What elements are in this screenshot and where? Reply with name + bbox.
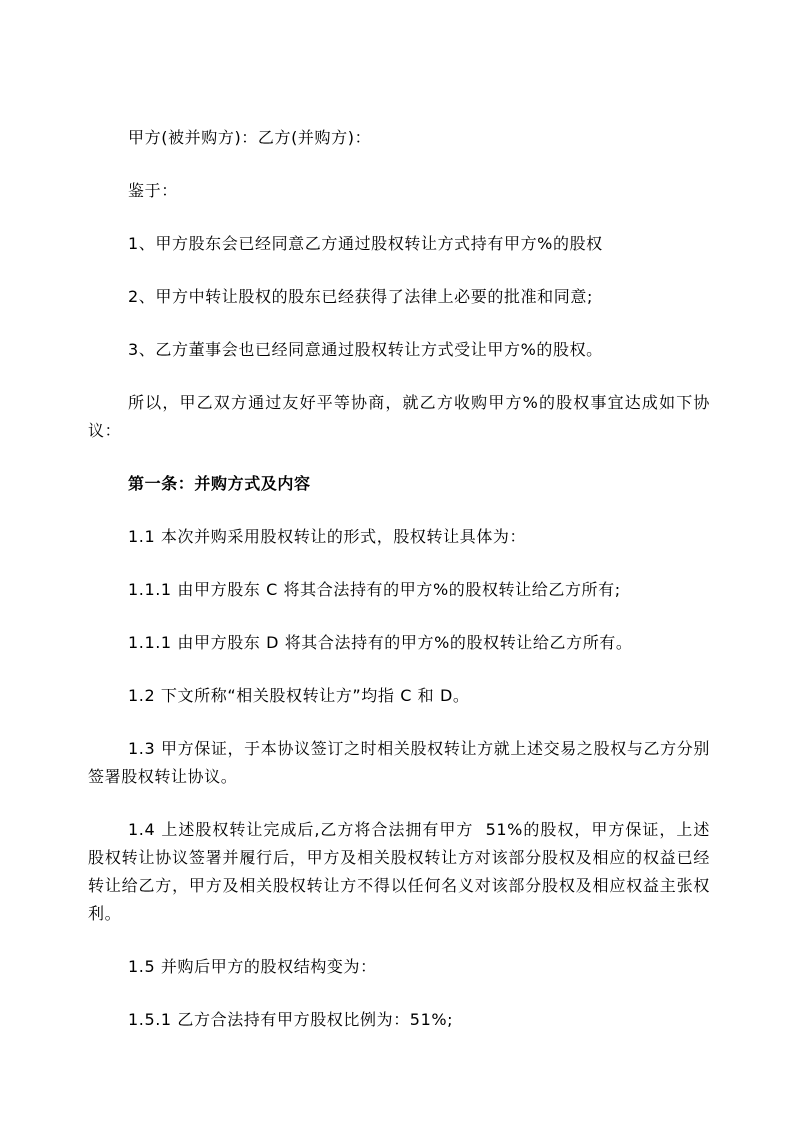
whereas-label: 鉴于： — [88, 177, 710, 205]
clause-1-2: 1.2 下文所称“相关股权转让方”均指 C 和 D。 — [88, 682, 710, 710]
document-page: 甲方(被并购方)：乙方(并购方)： 鉴于： 1、甲方股东会已经同意乙方通过股权转… — [0, 0, 793, 1122]
article-1-heading: 第一条：并购方式及内容 — [88, 470, 710, 498]
clause-1-1-1-shareholder-c: 1.1.1 由甲方股东 C 将其合法持有的甲方%的股权转让给乙方所有; — [88, 576, 710, 604]
clause-1-3: 1.3 甲方保证，于本协议签订之时相关股权转让方就上述交易之股权与乙方分别签署股… — [88, 735, 710, 791]
clause-1-4: 1.4 上述股权转让完成后,乙方将合法拥有甲方 51%的股权，甲方保证，上述股权… — [88, 816, 710, 928]
clause-1-5-1: 1.5.1 乙方合法持有甲方股权比例为：51%; — [88, 1006, 710, 1034]
recital-1: 1、甲方股东会已经同意乙方通过股权转让方式持有甲方%的股权 — [88, 230, 710, 258]
purpose-statement: 所以，甲乙双方通过友好平等协商，就乙方收购甲方%的股权事宜达成如下协议： — [88, 389, 710, 445]
recital-2: 2、甲方中转让股权的股东已经获得了法律上必要的批准和同意; — [88, 283, 710, 311]
party-header-line: 甲方(被并购方)：乙方(并购方)： — [88, 124, 710, 152]
recital-3: 3、乙方董事会也已经同意通过股权转让方式受让甲方%的股权。 — [88, 336, 710, 364]
clause-1-5: 1.5 并购后甲方的股权结构变为： — [88, 953, 710, 981]
clause-1-1: 1.1 本次并购采用股权转让的形式，股权转让具体为： — [88, 523, 710, 551]
clause-1-1-1-shareholder-d: 1.1.1 由甲方股东 D 将其合法持有的甲方%的股权转让给乙方所有。 — [88, 629, 710, 657]
